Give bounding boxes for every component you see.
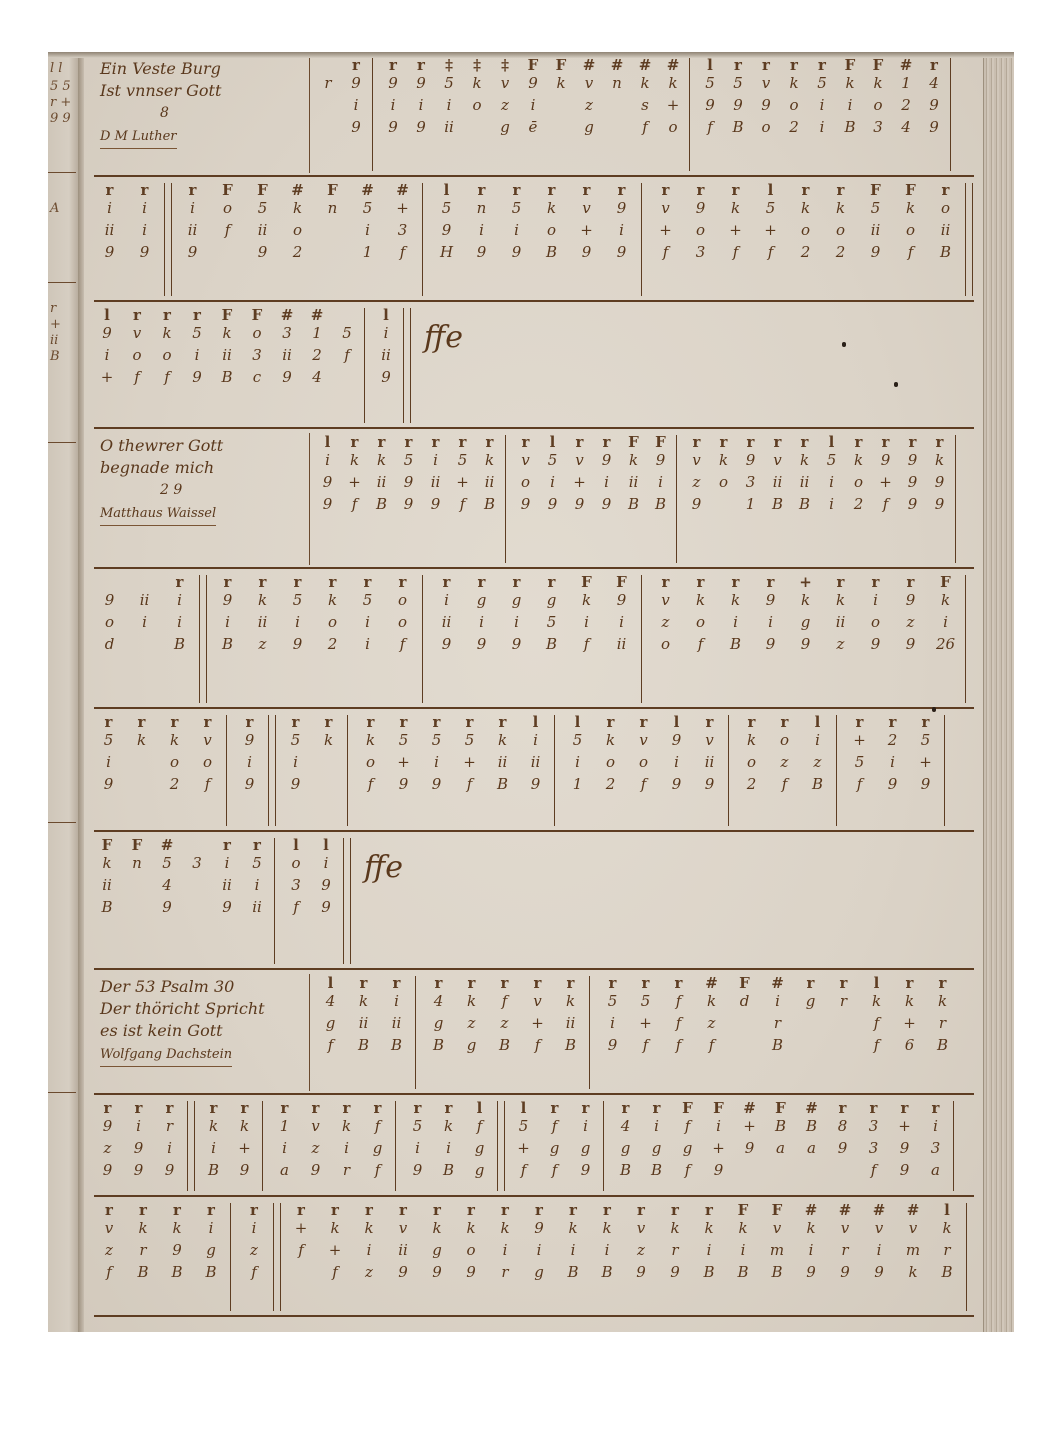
tablature-letter: k: [432, 1221, 441, 1243]
tablature-chord: rkiiz: [825, 575, 856, 659]
tablature-letter: ii: [531, 755, 541, 777]
tablature-chord: rkiiB: [793, 435, 816, 519]
tablature-letter: ii: [105, 223, 115, 245]
tablature-letter: B: [771, 1265, 782, 1287]
tablature-chord: rkrB: [128, 1203, 158, 1287]
tablature-staff: FkiiBFn#5493riii9r5iiilo3fli99ffe: [94, 832, 974, 970]
tablature-chord: rvii9: [388, 1203, 418, 1287]
tablature-letter: ii: [617, 637, 627, 659]
tablature-letter: 3: [398, 223, 408, 245]
tablature-letter: 1: [573, 777, 583, 799]
tablature-letter: 3: [873, 120, 883, 142]
tablature-columns: FkiiBFn#5493riii9r5iiilo3fli99ffe: [94, 838, 403, 964]
tablature-chord: lo3f: [283, 838, 309, 922]
tablature-chord: r9iB: [212, 575, 243, 659]
tablature-letter: k: [377, 453, 386, 475]
tablature-chord: rv+f: [650, 183, 681, 267]
tablature-chord: lfgg: [466, 1101, 493, 1185]
tablature-chord: r59B: [726, 58, 750, 142]
tablature-letter: r: [166, 1119, 173, 1141]
ink-spot: [842, 342, 846, 347]
tablature-letter: v: [773, 453, 781, 475]
tablature-chord: rko2: [782, 58, 806, 142]
tablature-letter: i: [415, 1141, 420, 1163]
tablature-letter: 9: [705, 777, 715, 799]
tablature-letter: g: [652, 1141, 662, 1163]
tablature-chord: rk+6: [895, 976, 924, 1060]
tablature-letter: f: [375, 1163, 381, 1185]
tablature-letter: v: [399, 1221, 407, 1243]
tablature-letter: f: [106, 1265, 112, 1287]
tablature-chord: ‡vzg: [493, 58, 517, 142]
tablature-letter: k: [836, 593, 845, 615]
tablature-chord: rkiB: [435, 1101, 462, 1185]
barline: [966, 1203, 970, 1311]
tablature-letter: B: [546, 637, 557, 659]
tablature-letter: o: [606, 755, 615, 777]
tablature-letter: k: [845, 76, 854, 98]
tablature-letter: f: [460, 497, 466, 519]
tablature-letter: 9: [381, 370, 391, 392]
tablature-letter: 9: [929, 120, 939, 142]
tablature-letter: B: [941, 1265, 952, 1287]
tablature-chord: rkr9: [660, 1203, 690, 1287]
tablature-letter: i: [768, 615, 773, 637]
heading-composer: D M Luther: [100, 126, 177, 149]
tablature-letter: i: [514, 223, 519, 245]
tablature-letter: 5: [162, 856, 172, 878]
tablature-letter: d: [740, 994, 750, 1016]
tablature-letter: k: [906, 201, 915, 223]
barline: [676, 435, 680, 563]
tablature-letter: +: [580, 223, 593, 245]
previous-page-mark: r +: [50, 96, 71, 110]
tablature-letter: i: [479, 223, 484, 245]
tablature-letter: v: [533, 994, 541, 1016]
ink-spot: [894, 382, 898, 387]
tablature-letter: g: [581, 1141, 591, 1163]
tablature-letter: o: [780, 733, 789, 755]
double-barline: [965, 183, 973, 296]
tablature-chord: l4gf: [316, 976, 345, 1060]
tablature-chord: liii9: [521, 715, 550, 799]
double-barline: [187, 1101, 195, 1191]
tablature-letter: k: [938, 994, 947, 1016]
tablature-letter: i: [142, 201, 147, 223]
tablature-letter: k: [935, 453, 944, 475]
barline: [230, 1203, 234, 1311]
tablature-letter: 9: [581, 1163, 591, 1185]
tablature-letter: 5: [252, 856, 262, 878]
tablature-letter: f: [251, 1265, 257, 1287]
tablature-letter: 9: [888, 777, 898, 799]
tablature-letter: 9: [908, 453, 918, 475]
tablature-letter: 2: [312, 348, 322, 370]
tablature-letter: 9: [398, 1265, 408, 1287]
tablature-letter: z: [585, 98, 593, 120]
tablature-letter: B: [812, 777, 823, 799]
tablature-letter: B: [620, 1163, 631, 1185]
tablature-letter: i: [619, 223, 624, 245]
tablature-chord: rko: [712, 435, 735, 519]
tablature-chord: r4gB: [424, 976, 453, 1060]
tablature-letter: ii: [800, 475, 810, 497]
tablature-letter: 9: [416, 120, 426, 142]
tablature-letter: o: [906, 223, 915, 245]
tablature-letter: 9: [311, 1163, 321, 1185]
tablature-letter: 9: [240, 1163, 250, 1185]
tablature-letter: 9: [512, 637, 522, 659]
tablature-chord: FkiiB: [622, 435, 645, 519]
tablature-letter: +: [463, 755, 476, 777]
tablature-letter: o: [223, 201, 232, 223]
tablature-chord: rkzg: [457, 976, 486, 1060]
tablature-letter: f: [521, 1163, 527, 1185]
tablature-letter: f: [134, 370, 140, 392]
barline: [395, 1101, 399, 1191]
tablature-letter: o: [854, 475, 863, 497]
tablature-letter: 9: [871, 245, 881, 267]
tablature-letter: 2: [606, 777, 616, 799]
tablature-chord: F5ii9: [247, 183, 278, 267]
tablature-chord: Ffgf: [674, 1101, 701, 1185]
tablature-letter: ii: [381, 348, 391, 370]
tablature-letter: z: [907, 615, 915, 637]
tablature-letter: 9: [806, 1265, 816, 1287]
tablature-letter: o: [747, 755, 756, 777]
tablature-letter: i: [733, 615, 738, 637]
tablature-letter: v: [311, 1119, 319, 1141]
tablature-letter: g: [373, 1141, 383, 1163]
barline: [347, 715, 351, 826]
tablature-letter: 2: [328, 637, 338, 659]
tablature-letter: 3: [931, 1141, 941, 1163]
tablature-letter: z: [501, 98, 509, 120]
tablature-letter: i: [365, 615, 370, 637]
tablature-letter: 5: [519, 1119, 529, 1141]
tablature-letter: k: [854, 453, 863, 475]
tablature-chord: r999: [901, 435, 924, 519]
tablature-chord: r5i9: [281, 715, 310, 799]
tablature-letter: v: [575, 453, 583, 475]
tablature-letter: f: [535, 1038, 541, 1060]
tablature-chord: rvof: [124, 308, 150, 392]
tablature-letter: 9: [477, 637, 487, 659]
tablature-letter: z: [662, 615, 670, 637]
tablature-letter: n: [328, 201, 338, 223]
tablature-chord: #ksf: [633, 58, 657, 142]
tablature-letter: 9: [840, 1265, 850, 1287]
tablature-letter: 5: [192, 326, 202, 348]
tablature-letter: 9: [442, 637, 452, 659]
tablature-letter: +: [853, 733, 866, 755]
tablature-letter: i: [325, 453, 330, 475]
tablature-letter: k: [668, 76, 677, 98]
tablature-letter: ii: [359, 1016, 369, 1038]
tablature-letter: i: [365, 223, 370, 245]
tablature-letter: i: [247, 755, 252, 777]
tablature-chord: rkrB: [928, 976, 957, 1060]
tablature-chord: Fkof: [895, 183, 926, 267]
tablature-chord: #irB: [763, 976, 792, 1060]
tablature-letter: g: [500, 120, 510, 142]
tablature-letter: 1: [280, 1119, 290, 1141]
tablature-letter: 2: [789, 120, 799, 142]
tablature-chord: #ko2: [282, 183, 313, 267]
tablature-letter: v: [521, 453, 529, 475]
tablature-chord: riiiB: [382, 976, 411, 1060]
tablature-letter: k: [872, 994, 881, 1016]
tablature-letter: f: [225, 223, 231, 245]
tablature-letter: i: [177, 593, 182, 615]
tablature-chord: r9i9: [381, 58, 405, 142]
tablature-letter: B: [937, 1038, 948, 1060]
tablature-letter: 4: [326, 994, 336, 1016]
tablature-letter: g: [512, 593, 522, 615]
tablature-letter: k: [467, 994, 476, 1016]
tablature-letter: i: [658, 475, 663, 497]
tablature-letter: B: [358, 1038, 369, 1060]
tablature-letter: B: [222, 637, 233, 659]
tablature-letter: 9: [582, 245, 592, 267]
tablature-chord: rv+9: [571, 183, 602, 267]
tablature-letter: k: [138, 1221, 147, 1243]
tablature-letter: f: [352, 497, 358, 519]
tablature-letter: ii: [431, 475, 441, 497]
previous-page-mark: r: [50, 302, 56, 316]
tablature-letter: 9: [906, 637, 916, 659]
tablature-chord: riii9: [214, 838, 240, 922]
tablature-letter: o: [836, 223, 845, 245]
tablature-letter: 9: [881, 453, 891, 475]
tablature-letter: f: [908, 245, 914, 267]
tablature-chord: rigB: [196, 1203, 226, 1287]
tablature-letter: m: [906, 1243, 920, 1265]
tablature-chord: r89: [829, 1101, 856, 1185]
tablature-letter: 9: [432, 1265, 442, 1287]
tablature-letter: i: [707, 1243, 712, 1265]
heading-number: 2 9: [100, 479, 300, 501]
tablature-letter: 9: [935, 497, 945, 519]
tablature-letter: i: [384, 326, 389, 348]
tablature-chord: riii9: [431, 575, 462, 659]
tablature-letter: v: [582, 201, 590, 223]
heading-title-line: es ist kein Gott: [100, 1020, 300, 1042]
tablature-letter: 2: [170, 777, 180, 799]
tablature-letter: +: [238, 1141, 251, 1163]
tablature-columns: l9i+rvofrkofr5i9FkiiBFo3c#3ii9#1245fliii…: [94, 308, 463, 423]
previous-page-mark: ii: [50, 334, 58, 348]
tablature-letter: i: [142, 223, 147, 245]
tablature-letter: f: [477, 1119, 483, 1141]
tablature-chord: rkiiB: [349, 976, 378, 1060]
tablature-letter: +: [729, 223, 742, 245]
tablature-chord: r5ii: [810, 58, 834, 142]
barline: [364, 308, 368, 423]
tablature-letter: B: [655, 497, 666, 519]
tablature-letter: s: [641, 98, 649, 120]
tablature-letter: f: [502, 994, 508, 1016]
tablature-chord: rk99: [928, 435, 951, 519]
tablature-chord: rkiB: [200, 1101, 227, 1185]
tablature-letter: o: [668, 120, 677, 142]
tablature-chord: rv+9: [568, 435, 591, 519]
tablature-letter: B: [799, 497, 810, 519]
tablature-letter: n: [132, 856, 142, 878]
tablature-letter: B: [391, 1038, 402, 1060]
tablature-letter: 3: [192, 856, 202, 878]
tablature-letter: 9: [134, 1141, 144, 1163]
tablature-letter: k: [806, 1221, 815, 1243]
tablature-letter: v: [909, 1221, 917, 1243]
tablature-letter: 9: [172, 1243, 182, 1265]
tablature-chord: #ki9: [796, 1203, 826, 1287]
tablature-chord: r1ia: [271, 1101, 298, 1185]
tablature-letter: 9: [714, 1163, 724, 1185]
tablature-letter: v: [773, 1221, 781, 1243]
tablature-letter: ii: [222, 348, 232, 370]
tablature-letter: o: [293, 223, 302, 245]
tablature-letter: o: [252, 326, 261, 348]
tablature-letter: k: [747, 733, 756, 755]
tablature-chord: rvo9: [514, 435, 537, 519]
tablature-chord: r5+f: [451, 435, 474, 519]
tablature-letter: k: [789, 76, 798, 98]
tablature-chord: Fki26: [930, 575, 961, 659]
tablature-letter: 4: [929, 76, 939, 98]
tablature-letter: i: [829, 475, 834, 497]
tablature-letter: i: [514, 615, 519, 637]
tablature-letter: k: [801, 201, 810, 223]
tablature-letter: 5: [363, 593, 373, 615]
tablature-letter: z: [637, 1243, 645, 1265]
tablature-letter: f: [733, 245, 739, 267]
tablature-letter: f: [874, 1038, 880, 1060]
tablature-letter: i: [447, 98, 452, 120]
tablature-letter: 9: [656, 453, 666, 475]
tablature-letter: k: [731, 593, 740, 615]
tablature-letter: i: [324, 856, 329, 878]
tablature-letter: 6: [905, 1038, 915, 1060]
tablature-chord: #+9: [736, 1101, 763, 1185]
tablature-chord: Fi+9: [705, 1101, 732, 1185]
tablature-letter: 5: [733, 76, 743, 98]
tablature-letter: 5: [342, 326, 352, 348]
tablature-chord: l5i1: [563, 715, 592, 799]
tablature-chord: FvmB: [762, 1203, 792, 1287]
tablature-letter: 4: [434, 994, 444, 1016]
tablature-letter: v: [692, 453, 700, 475]
tablature-letter: i: [829, 497, 834, 519]
tablature-letter: +: [764, 223, 777, 245]
tablature-letter: 9: [670, 1265, 680, 1287]
tablature-letter: o: [132, 348, 141, 370]
tablature-letter: k: [704, 1221, 713, 1243]
tablature-letter: k: [328, 593, 337, 615]
tablature-letter: g: [584, 120, 594, 142]
tablature-letter: 9: [321, 878, 331, 900]
tablature-letter: ii: [398, 1243, 408, 1265]
heading-composer: Matthaus Waissel: [100, 503, 216, 526]
tablature-chord: rvz9: [302, 1101, 329, 1185]
tablature-letter: a: [931, 1163, 940, 1185]
tablature-chord: rfff: [664, 976, 693, 1060]
tablature-letter: i: [394, 994, 399, 1016]
tablature-letter: i: [344, 1141, 349, 1163]
tablature-letter: g: [621, 1141, 631, 1163]
tablature-letter: ii: [222, 878, 232, 900]
tablature-letter: g: [547, 593, 557, 615]
tablature-chord: rvii9: [695, 715, 724, 799]
tablature-letter: k: [568, 1221, 577, 1243]
barline: [505, 435, 509, 563]
tablature-letter: o: [801, 223, 810, 245]
barline: [641, 183, 645, 296]
tablature-letter: 5: [444, 76, 454, 98]
tablature-letter: i: [890, 755, 895, 777]
tablature-letter: i: [820, 120, 825, 142]
tablature-letter: 9: [766, 593, 776, 615]
tablature-letter: 9: [528, 76, 538, 98]
heading-title-line: Ein Veste Burg: [100, 58, 300, 80]
tablature-chord: rko2: [160, 715, 189, 799]
tablature-chord: rkof: [685, 575, 716, 659]
heading-title-line: Ist vnnser Gott: [100, 80, 300, 102]
tablature-letter: r: [841, 1243, 848, 1265]
tablature-letter: 9: [245, 733, 255, 755]
tablature-chord: Fkif: [571, 575, 602, 659]
tablature-chord: r5ii: [352, 575, 383, 659]
tablature-letter: 5: [573, 733, 583, 755]
tablature-letter: 3: [291, 878, 301, 900]
tablature-letter: i: [190, 201, 195, 223]
tablature-letter: 9: [477, 245, 487, 267]
tablature-letter: B: [806, 1119, 817, 1141]
tablature-letter: 9: [140, 245, 150, 267]
tablature-chord: rii9: [129, 183, 160, 267]
tablature-letter: k: [222, 326, 231, 348]
tablature-letter: B: [940, 245, 951, 267]
tablature-letter: k: [547, 201, 556, 223]
tablature-chord: r5+9: [911, 715, 940, 799]
tablature-chord: ‡ko: [465, 58, 489, 142]
tablature-letter: +: [919, 755, 932, 777]
tablature-letter: 5: [258, 201, 268, 223]
tablature-chord: r5i9: [422, 715, 451, 799]
barline: [836, 715, 840, 826]
piece-heading: Der 53 Psalm 30Der thöricht Sprichtes is…: [100, 976, 300, 1067]
tablature-chord: ‡5iii: [437, 58, 461, 142]
tablature-letter: d: [105, 637, 115, 659]
tablature-letter: B: [844, 120, 855, 142]
tablature-letter: B: [137, 1265, 148, 1287]
tablature-letter: i: [293, 755, 298, 777]
tablature-letter: o: [170, 755, 179, 777]
tablature-letter: B: [171, 1265, 182, 1287]
barline: [965, 575, 969, 703]
tablature-chord: l5i9: [541, 435, 564, 519]
tablature-letter: z: [365, 1265, 373, 1287]
tablature-letter: 9: [761, 98, 771, 120]
tablature-columns: li99rk+frkiiBr599riii9r5+frkiiBrvo9l5i9r…: [316, 435, 964, 563]
top-shadow: [48, 52, 1014, 58]
tablature-letter: f: [293, 900, 299, 922]
tablature-letter: o: [162, 348, 171, 370]
tablature-chord: r9ig: [524, 1203, 554, 1287]
piece-heading: O thewrer Gottbegnade mich2 9Matthaus Wa…: [100, 435, 300, 526]
tablature-letter: 3: [746, 475, 756, 497]
tablature-letter: 4: [312, 370, 322, 392]
